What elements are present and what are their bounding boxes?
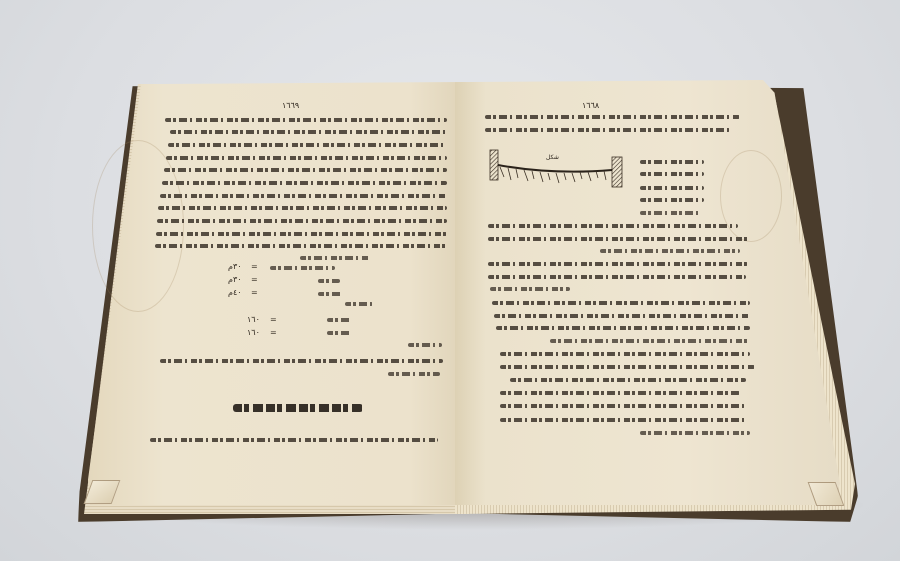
equation-term [318, 292, 342, 296]
equation-operator: = [251, 288, 258, 297]
text-line [168, 143, 447, 147]
text-line [550, 339, 750, 343]
text-line [600, 249, 740, 253]
text-line [640, 160, 704, 164]
text-line [160, 359, 443, 363]
figure-caption: شكل [546, 154, 559, 161]
result-value: ١٦٠ [247, 315, 260, 324]
numbered-item [500, 391, 740, 395]
equation-value: ٣٠م [228, 262, 242, 271]
equation-value: ٣٠م [228, 275, 242, 284]
text-line [500, 352, 750, 356]
equation-operator: = [251, 275, 258, 284]
equation-operator: = [251, 262, 258, 271]
left-page-number: ١٦٦٩ [282, 101, 299, 110]
text-line [640, 211, 700, 215]
text-line [490, 287, 570, 291]
text-line [485, 115, 740, 119]
right-page [455, 80, 840, 505]
equation-term [318, 279, 340, 283]
text-line [488, 237, 750, 241]
text-line [488, 275, 746, 279]
result-value: ١٦٠ [247, 328, 260, 337]
text-line [165, 118, 447, 122]
text-line [500, 365, 755, 369]
result-operator: = [270, 315, 277, 324]
text-line [158, 206, 447, 210]
result-operator: = [270, 328, 277, 337]
text-line [166, 156, 447, 160]
equation-value: ٤٠م [228, 288, 242, 297]
text-line [300, 256, 370, 260]
numbered-item [500, 404, 745, 408]
equation-term [270, 266, 335, 270]
numbered-item [500, 418, 748, 422]
equation-term [327, 331, 351, 335]
text-line [164, 168, 447, 172]
text-line [156, 232, 447, 236]
text-line [388, 372, 440, 376]
text-line [488, 262, 748, 266]
text-line [155, 244, 447, 248]
text-line [162, 181, 447, 185]
text-line [494, 314, 750, 318]
text-line [345, 302, 373, 306]
equation-term [327, 318, 351, 322]
text-line [496, 326, 750, 330]
section-heading [233, 404, 363, 412]
right-page-number: ١٦٦٨ [582, 101, 599, 110]
text-line [408, 343, 442, 347]
text-line [160, 194, 447, 198]
water-stain [720, 150, 782, 242]
text-line [510, 378, 746, 382]
text-line [640, 198, 704, 202]
beam-diagram: شكل [488, 145, 628, 205]
water-stain [92, 140, 184, 312]
text-line [488, 224, 738, 228]
text-line [640, 172, 704, 176]
text-line [640, 186, 704, 190]
text-line [640, 431, 750, 435]
text-line [150, 438, 438, 442]
text-line [485, 128, 730, 132]
text-line [157, 219, 447, 223]
text-line [492, 301, 750, 305]
text-line [170, 130, 447, 134]
